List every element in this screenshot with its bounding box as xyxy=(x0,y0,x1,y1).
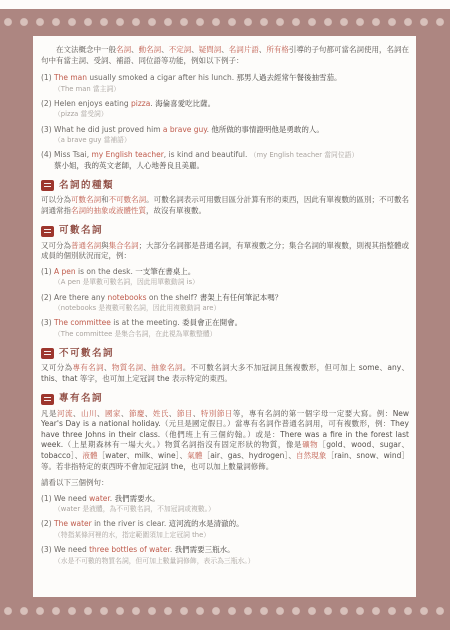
page-content: 在文法概念中一般名詞、動名詞、不定詞、疑問詞、名詞片語、所有格引導的子句都可當名… xyxy=(33,36,416,597)
example-sentence: (1) We need water. 我們需要水。 xyxy=(41,494,409,505)
example-note: （A pen 是單數可數名詞，因此用單數動詞 is） xyxy=(41,277,409,288)
decorative-left-border xyxy=(0,36,33,597)
water-example-2: (2) The water in the river is clear. 這河流… xyxy=(41,519,409,540)
example-sentence: (1) A pen is on the desk. 一支筆在書桌上。 xyxy=(41,267,409,278)
section-header: 不可數名詞 xyxy=(41,348,409,359)
example-note: （water 是液體，為不可數名詞，不加冠詞或複數。） xyxy=(41,504,409,515)
section-marker-icon xyxy=(41,394,54,405)
section-header: 名詞的種類 xyxy=(41,180,409,191)
section-body: 又可分為專有名詞、物質名詞、抽象名詞。不可數名詞大多不加冠詞且無複數形，但可加上… xyxy=(41,363,409,384)
example-sentence: (3) What he did just proved him a brave … xyxy=(41,125,409,136)
countable-example-3: (3) The committee is at the meeting. 委員會… xyxy=(41,318,409,339)
section-marker-icon xyxy=(41,180,54,191)
example-sentence: (1) The man usually smoked a cigar after… xyxy=(41,73,409,84)
section-title: 不可數名詞 xyxy=(59,349,114,360)
example-note: （notebooks 是複數可數名詞，因此用複數動詞 are） xyxy=(41,303,409,314)
section-title: 可數名詞 xyxy=(59,226,103,237)
example-note: （The man 當主詞） xyxy=(41,84,409,95)
section-header: 專有名詞 xyxy=(41,394,409,405)
countable-example-2: (2) Are there any notebooks on the shelf… xyxy=(41,293,409,314)
example-note: （pizza 當受詞） xyxy=(41,109,409,120)
section-marker-icon xyxy=(41,348,54,359)
section-body: 可以分為可數名詞和不可數名詞。可數名詞表示可用數目區分計算有形的東西，因此有單複… xyxy=(41,195,409,216)
section-marker-icon xyxy=(41,226,54,237)
decorative-bottom-dotted-border xyxy=(0,597,450,630)
example-note: （a brave guy 當補語） xyxy=(41,135,409,146)
grammar-example-1: (1) The man usually smoked a cigar after… xyxy=(41,73,409,94)
section-proper-nouns: 專有名詞 凡是河流、山川、國家、節慶、姓氏、節目、特別節日等，專有名詞的第一個字… xyxy=(41,394,409,567)
water-example-1: (1) We need water. 我們需要水。 （water 是液體，為不可… xyxy=(41,494,409,515)
grammar-example-3: (3) What he did just proved him a brave … xyxy=(41,125,409,146)
water-example-3: (3) We need three bottles of water. 我們需要… xyxy=(41,545,409,566)
textbook-page: 在文法概念中一般名詞、動名詞、不定詞、疑問詞、名詞片語、所有格引導的子句都可當名… xyxy=(0,0,450,630)
example-sentence: (3) The committee is at the meeting. 委員會… xyxy=(41,318,409,329)
section-header: 可數名詞 xyxy=(41,226,409,237)
example-translation: 蔡小姐，我的英文老師，人心地善良且美麗。 xyxy=(41,161,409,172)
section-countable-nouns: 可數名詞 又可分為普通名詞與集合名詞；大部分名詞都是普通名詞，有單複數之分；集合… xyxy=(41,226,409,340)
grammar-example-2: (2) Helen enjoys eating pizza. 海倫喜愛吃比薩。 … xyxy=(41,99,409,120)
example-note: （特指某條河裡的水，指定範圍須加上定冠詞 the） xyxy=(41,530,409,541)
grammar-example-4: (4) Miss Tsai, my English teacher, is ki… xyxy=(41,150,409,171)
intro-paragraph: 在文法概念中一般名詞、動名詞、不定詞、疑問詞、名詞片語、所有格引導的子句都可當名… xyxy=(41,45,409,66)
section-title: 專有名詞 xyxy=(59,394,103,405)
section-body: 又可分為普通名詞與集合名詞；大部分名詞都是普通名詞，有單複數之分；集合名詞的單複… xyxy=(41,241,409,262)
example-note: （水是不可數的物質名詞，但可加上數量詞修飾，表示為三瓶水。） xyxy=(41,556,409,567)
section-noun-types: 名詞的種類 可以分為可數名詞和不可數名詞。可數名詞表示可用數目區分計算有形的東西… xyxy=(41,180,409,216)
examples-lead-in: 請看以下三個例句： xyxy=(41,478,409,489)
countable-example-1: (1) A pen is on the desk. 一支筆在書桌上。 （A pe… xyxy=(41,267,409,288)
example-sentence: (2) Helen enjoys eating pizza. 海倫喜愛吃比薩。 xyxy=(41,99,409,110)
decorative-right-border xyxy=(416,36,450,597)
example-sentence: (4) Miss Tsai, my English teacher, is ki… xyxy=(41,150,409,161)
section-title: 名詞的種類 xyxy=(59,181,114,192)
example-sentence: (2) The water in the river is clear. 這河流… xyxy=(41,519,409,530)
decorative-top-dotted-border xyxy=(0,9,450,36)
example-note: （The committee 是集合名詞，在此視為單數整體） xyxy=(41,329,409,340)
section-body: 凡是河流、山川、國家、節慶、姓氏、節目、特別節日等，專有名詞的第一個字母一定要大… xyxy=(41,409,409,473)
example-sentence: (2) Are there any notebooks on the shelf… xyxy=(41,293,409,304)
example-sentence: (3) We need three bottles of water. 我們需要… xyxy=(41,545,409,556)
section-uncountable-nouns: 不可數名詞 又可分為專有名詞、物質名詞、抽象名詞。不可數名詞大多不加冠詞且無複數… xyxy=(41,348,409,384)
